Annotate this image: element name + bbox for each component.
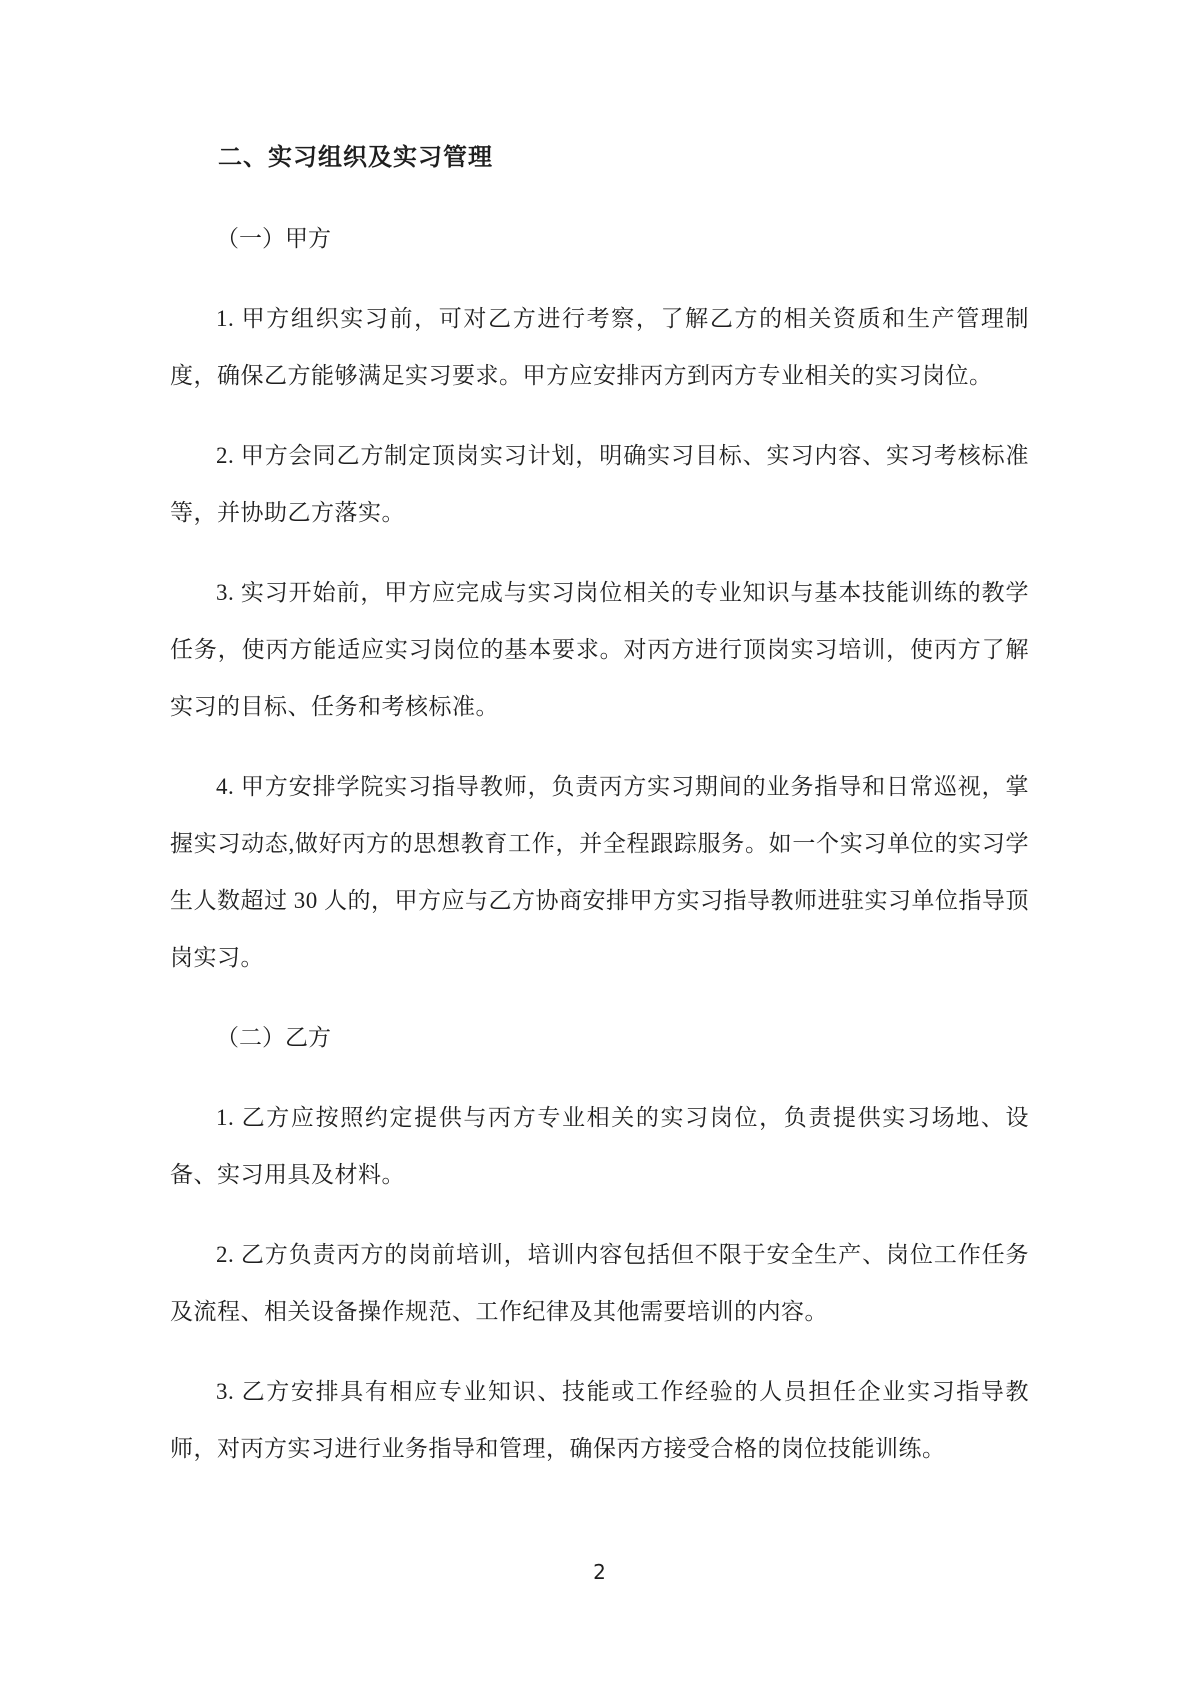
party-a-paragraph-1: 1. 甲方组织实习前，可对乙方进行考察，了解乙方的相关资质和生产管理制度，确保乙…: [170, 290, 1029, 404]
subheading-party-b: （二）乙方: [170, 1009, 1029, 1066]
subheading-party-a: （一）甲方: [170, 210, 1029, 267]
party-b-paragraph-2: 2. 乙方负责丙方的岗前培训，培训内容包括但不限于安全生产、岗位工作任务及流程、…: [170, 1226, 1029, 1340]
party-b-paragraph-1: 1. 乙方应按照约定提供与丙方专业相关的实习岗位，负责提供实习场地、设备、实习用…: [170, 1089, 1029, 1203]
page-number: 2: [0, 1560, 1199, 1584]
party-a-paragraph-2: 2. 甲方会同乙方制定顶岗实习计划，明确实习目标、实习内容、实习考核标准等，并协…: [170, 427, 1029, 541]
party-b-paragraph-3: 3. 乙方安排具有相应专业知识、技能或工作经验的人员担任企业实习指导教师，对丙方…: [170, 1363, 1029, 1477]
party-a-paragraph-3: 3. 实习开始前，甲方应完成与实习岗位相关的专业知识与基本技能训练的教学任务，使…: [170, 564, 1029, 735]
section-heading: 二、实习组织及实习管理: [170, 130, 1029, 187]
party-a-paragraph-4: 4. 甲方安排学院实习指导教师，负责丙方实习期间的业务指导和日常巡视，掌握实习动…: [170, 758, 1029, 986]
document-page: 二、实习组织及实习管理 （一）甲方 1. 甲方组织实习前，可对乙方进行考察，了解…: [0, 0, 1199, 1696]
